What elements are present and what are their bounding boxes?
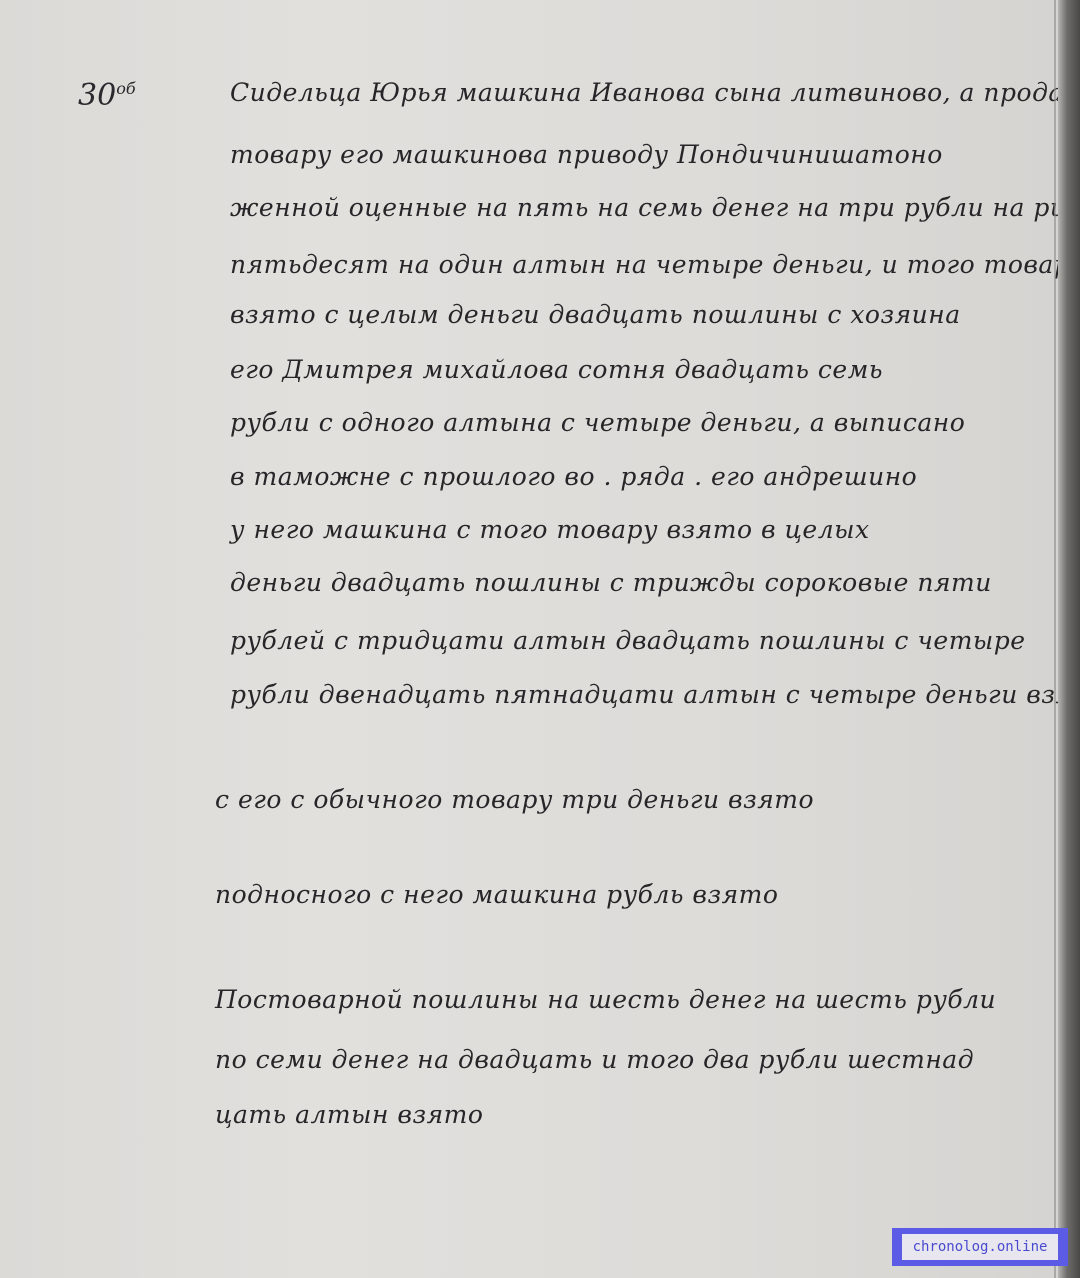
- folio-number: 30об: [78, 78, 136, 113]
- manuscript-line-10: деньги двадцать пошлины с трижды сороков…: [230, 568, 992, 597]
- manuscript-line-13: с его с обычного товару три деньги взято: [215, 785, 814, 814]
- manuscript-line-7: рубли с одного алтына с четыре деньги, а…: [230, 408, 965, 437]
- manuscript-line-9: у него машкина с того товару взято в цел…: [230, 515, 870, 544]
- manuscript-line-6: его Дмитрея михайлова сотня двадцать сем…: [230, 355, 883, 384]
- manuscript-line-3: женной оценные на пять на семь денег на …: [230, 193, 1066, 222]
- manuscript-line-12: рубли двенадцать пятнадцати алтын с четы…: [230, 680, 1080, 709]
- watermark-badge: chronolog.online: [892, 1228, 1068, 1266]
- manuscript-line-11: рублей с тридцати алтын двадцать пошлины…: [230, 626, 1026, 655]
- manuscript-line-5: взято с целым деньги двадцать пошлины с …: [230, 300, 961, 329]
- folio-suffix: об: [116, 79, 135, 98]
- watermark-text: chronolog.online: [913, 1239, 1048, 1255]
- manuscript-line-16: по семи денег на двадцать и того два руб…: [215, 1045, 974, 1074]
- folio-number-value: 30: [78, 78, 116, 113]
- manuscript-line-2: товару его машкинова приводу Пондичиниша…: [230, 140, 943, 169]
- page-fold-line: [1054, 0, 1056, 1278]
- manuscript-line-8: в таможне с прошлого во . ряда . его анд…: [230, 462, 917, 491]
- manuscript-line-14: подносного с него машкина рубль взято: [215, 880, 778, 909]
- manuscript-page: 30об Сидельца Юрья машкина Иванова сына …: [0, 0, 1060, 1278]
- manuscript-line-4: пятьдесят на один алтын на четыре деньги…: [230, 250, 1080, 279]
- manuscript-line-17: цать алтын взято: [215, 1100, 483, 1129]
- page-edge-shadow: [1058, 0, 1080, 1278]
- manuscript-line-1: Сидельца Юрья машкина Иванова сына литви…: [230, 78, 1080, 107]
- manuscript-line-15: Постоварной пошлины на шесть денег на ше…: [215, 985, 996, 1014]
